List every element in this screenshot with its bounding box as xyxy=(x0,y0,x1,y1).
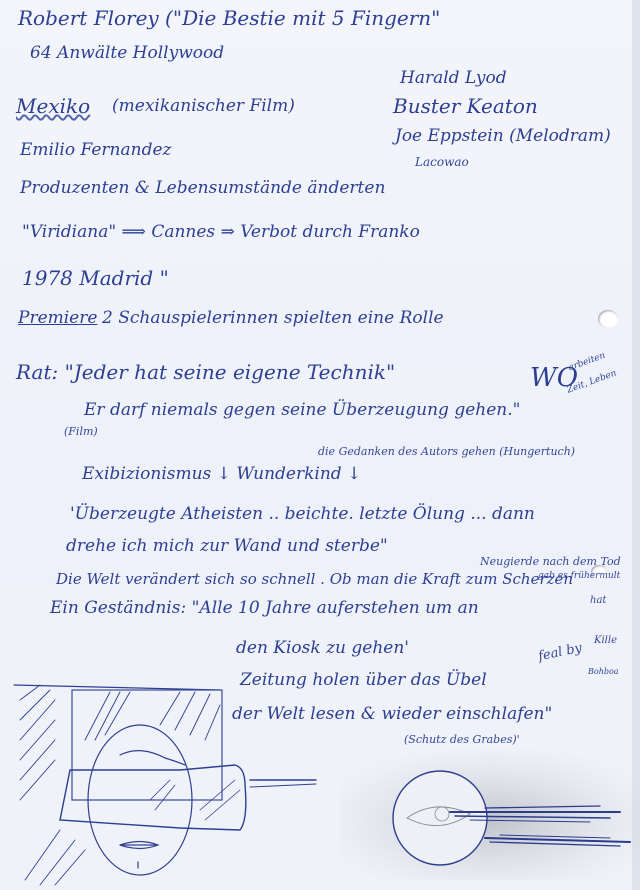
eye-comet-sketch xyxy=(320,740,640,890)
note-kiosk: den Kiosk zu gehen' xyxy=(236,640,409,657)
note-gestaendnis: Ein Geständnis: "Alle 10 Jahre aufersteh… xyxy=(50,600,479,617)
note-welt: Die Welt verändert sich so schnell . Ob … xyxy=(56,572,573,587)
note-bohboa: Bohboa xyxy=(588,668,619,676)
note-premiere: Premiere xyxy=(18,310,97,327)
note-emilio: Emilio Fernandez xyxy=(20,142,171,159)
note-right-list-2: Buster Keaton xyxy=(393,96,538,116)
note-mexiko-film: (mexikanischer Film) xyxy=(112,98,295,115)
note-neugierde: Neugierde nach dem Tod xyxy=(480,556,621,567)
note-kille: Kille xyxy=(594,636,617,646)
note-anwaelte: 64 Anwälte Hollywood xyxy=(30,45,224,62)
note-premiere-rest: 2 Schauspielerinnen spielten eine Rolle xyxy=(102,310,444,327)
note-robert-florey: Robert Florey ("Die Bestie mit 5 Fingern… xyxy=(18,8,440,28)
note-exibizionismus: Exibizionismus ↓ Wunderkind ↓ xyxy=(82,466,361,483)
note-drehe: drehe ich mich zur Wand und sterbe" xyxy=(66,538,388,555)
note-ueberzeugte: 'Überzeugte Atheisten .. beichte. letzte… xyxy=(70,506,535,523)
note-right-list-3: Joe Eppstein (Melodram) xyxy=(395,128,611,145)
note-viridiana: "Viridiana" ⟹ Cannes ⇒ Verbot durch Fran… xyxy=(22,224,420,241)
note-madrid: 1978 Madrid " xyxy=(22,268,169,288)
note-film: (Film) xyxy=(64,426,98,437)
note-er-darf: Er darf niemals gegen seine Überzeugung … xyxy=(84,402,520,419)
hand-knife-sketch xyxy=(0,680,320,890)
note-lacowao: Lacowao xyxy=(415,156,469,168)
note-right-list-1: Harald Lyod xyxy=(400,70,507,87)
note-produzenten: Produzenten & Lebensumstände änderten xyxy=(20,180,385,197)
note-rat: Rat: "Jeder hat seine eigene Technik" xyxy=(16,362,395,382)
note-hat: hat xyxy=(590,596,606,606)
note-mexiko: Mexiko xyxy=(16,96,90,116)
note-gedanken: die Gedanken des Autors gehen (Hungertuc… xyxy=(318,446,575,457)
punch-hole-top xyxy=(598,310,618,328)
